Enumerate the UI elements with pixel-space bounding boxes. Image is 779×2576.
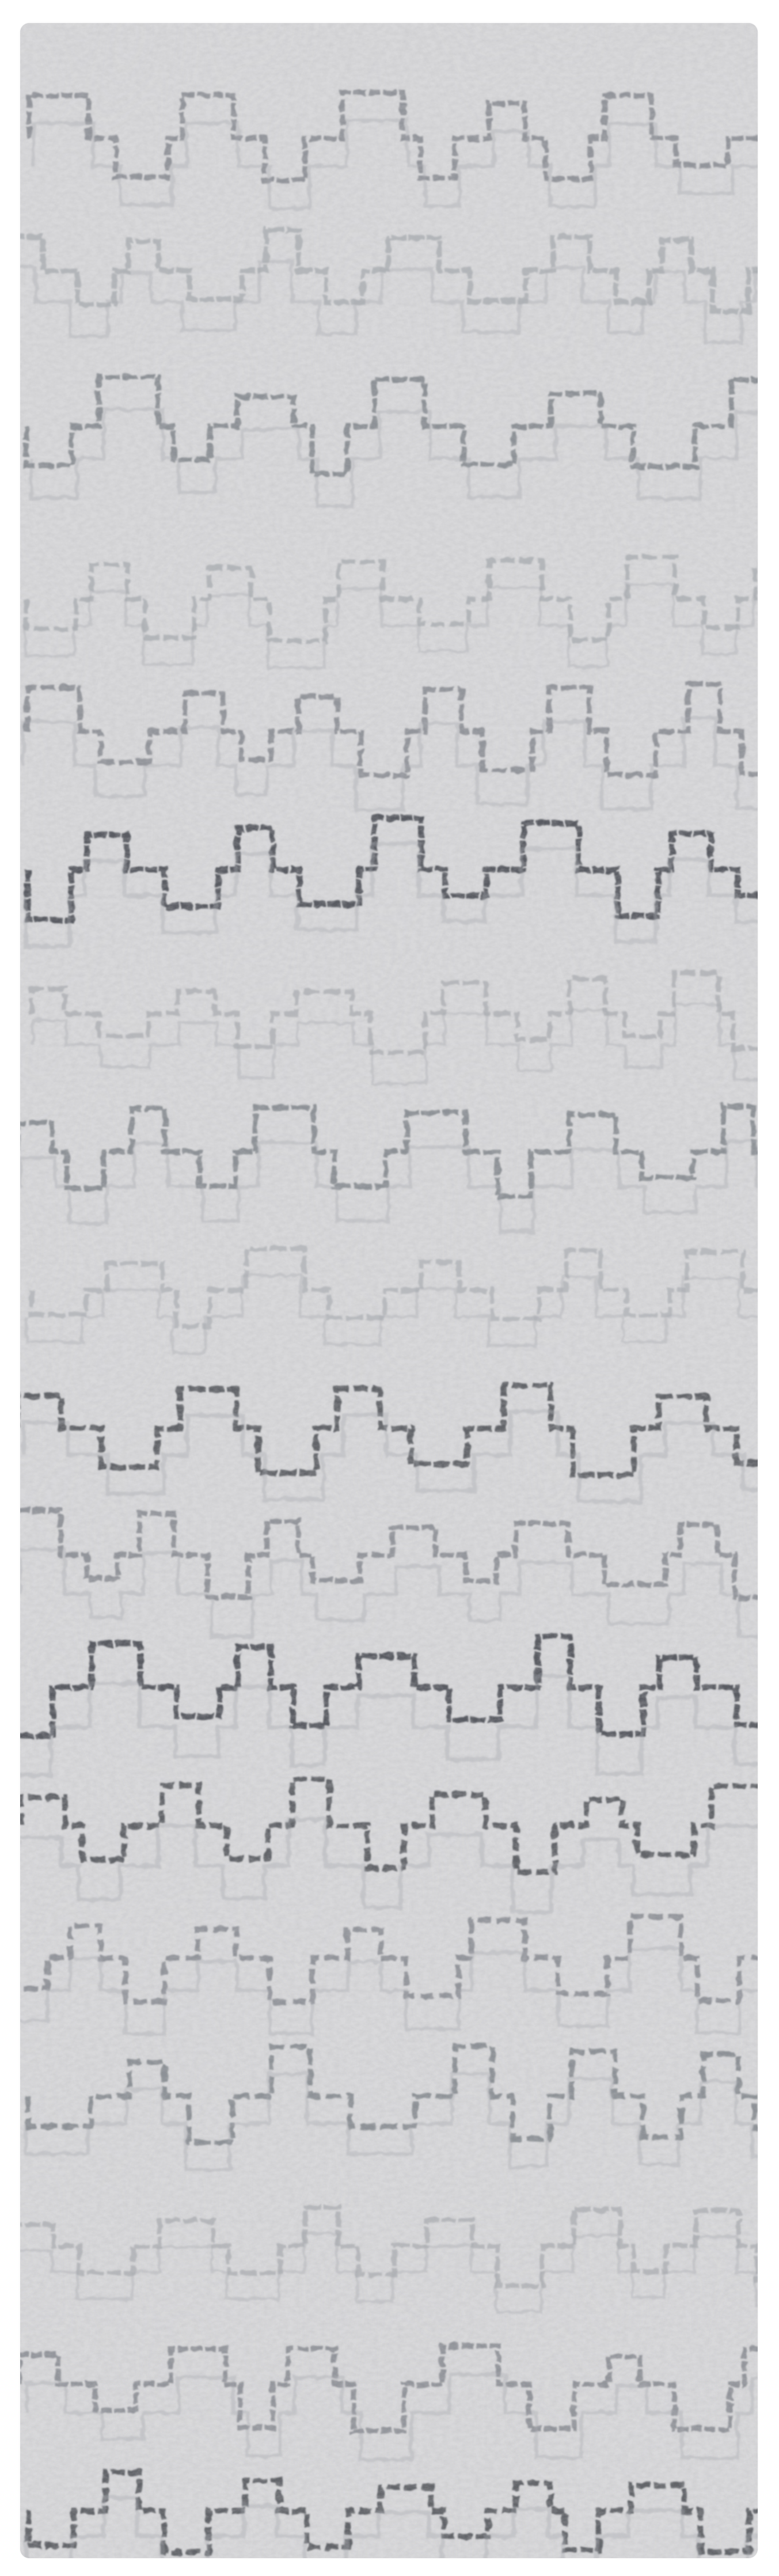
runner-rug [20,23,758,2558]
photo-background [0,0,779,2576]
rug-pattern [20,23,758,2558]
